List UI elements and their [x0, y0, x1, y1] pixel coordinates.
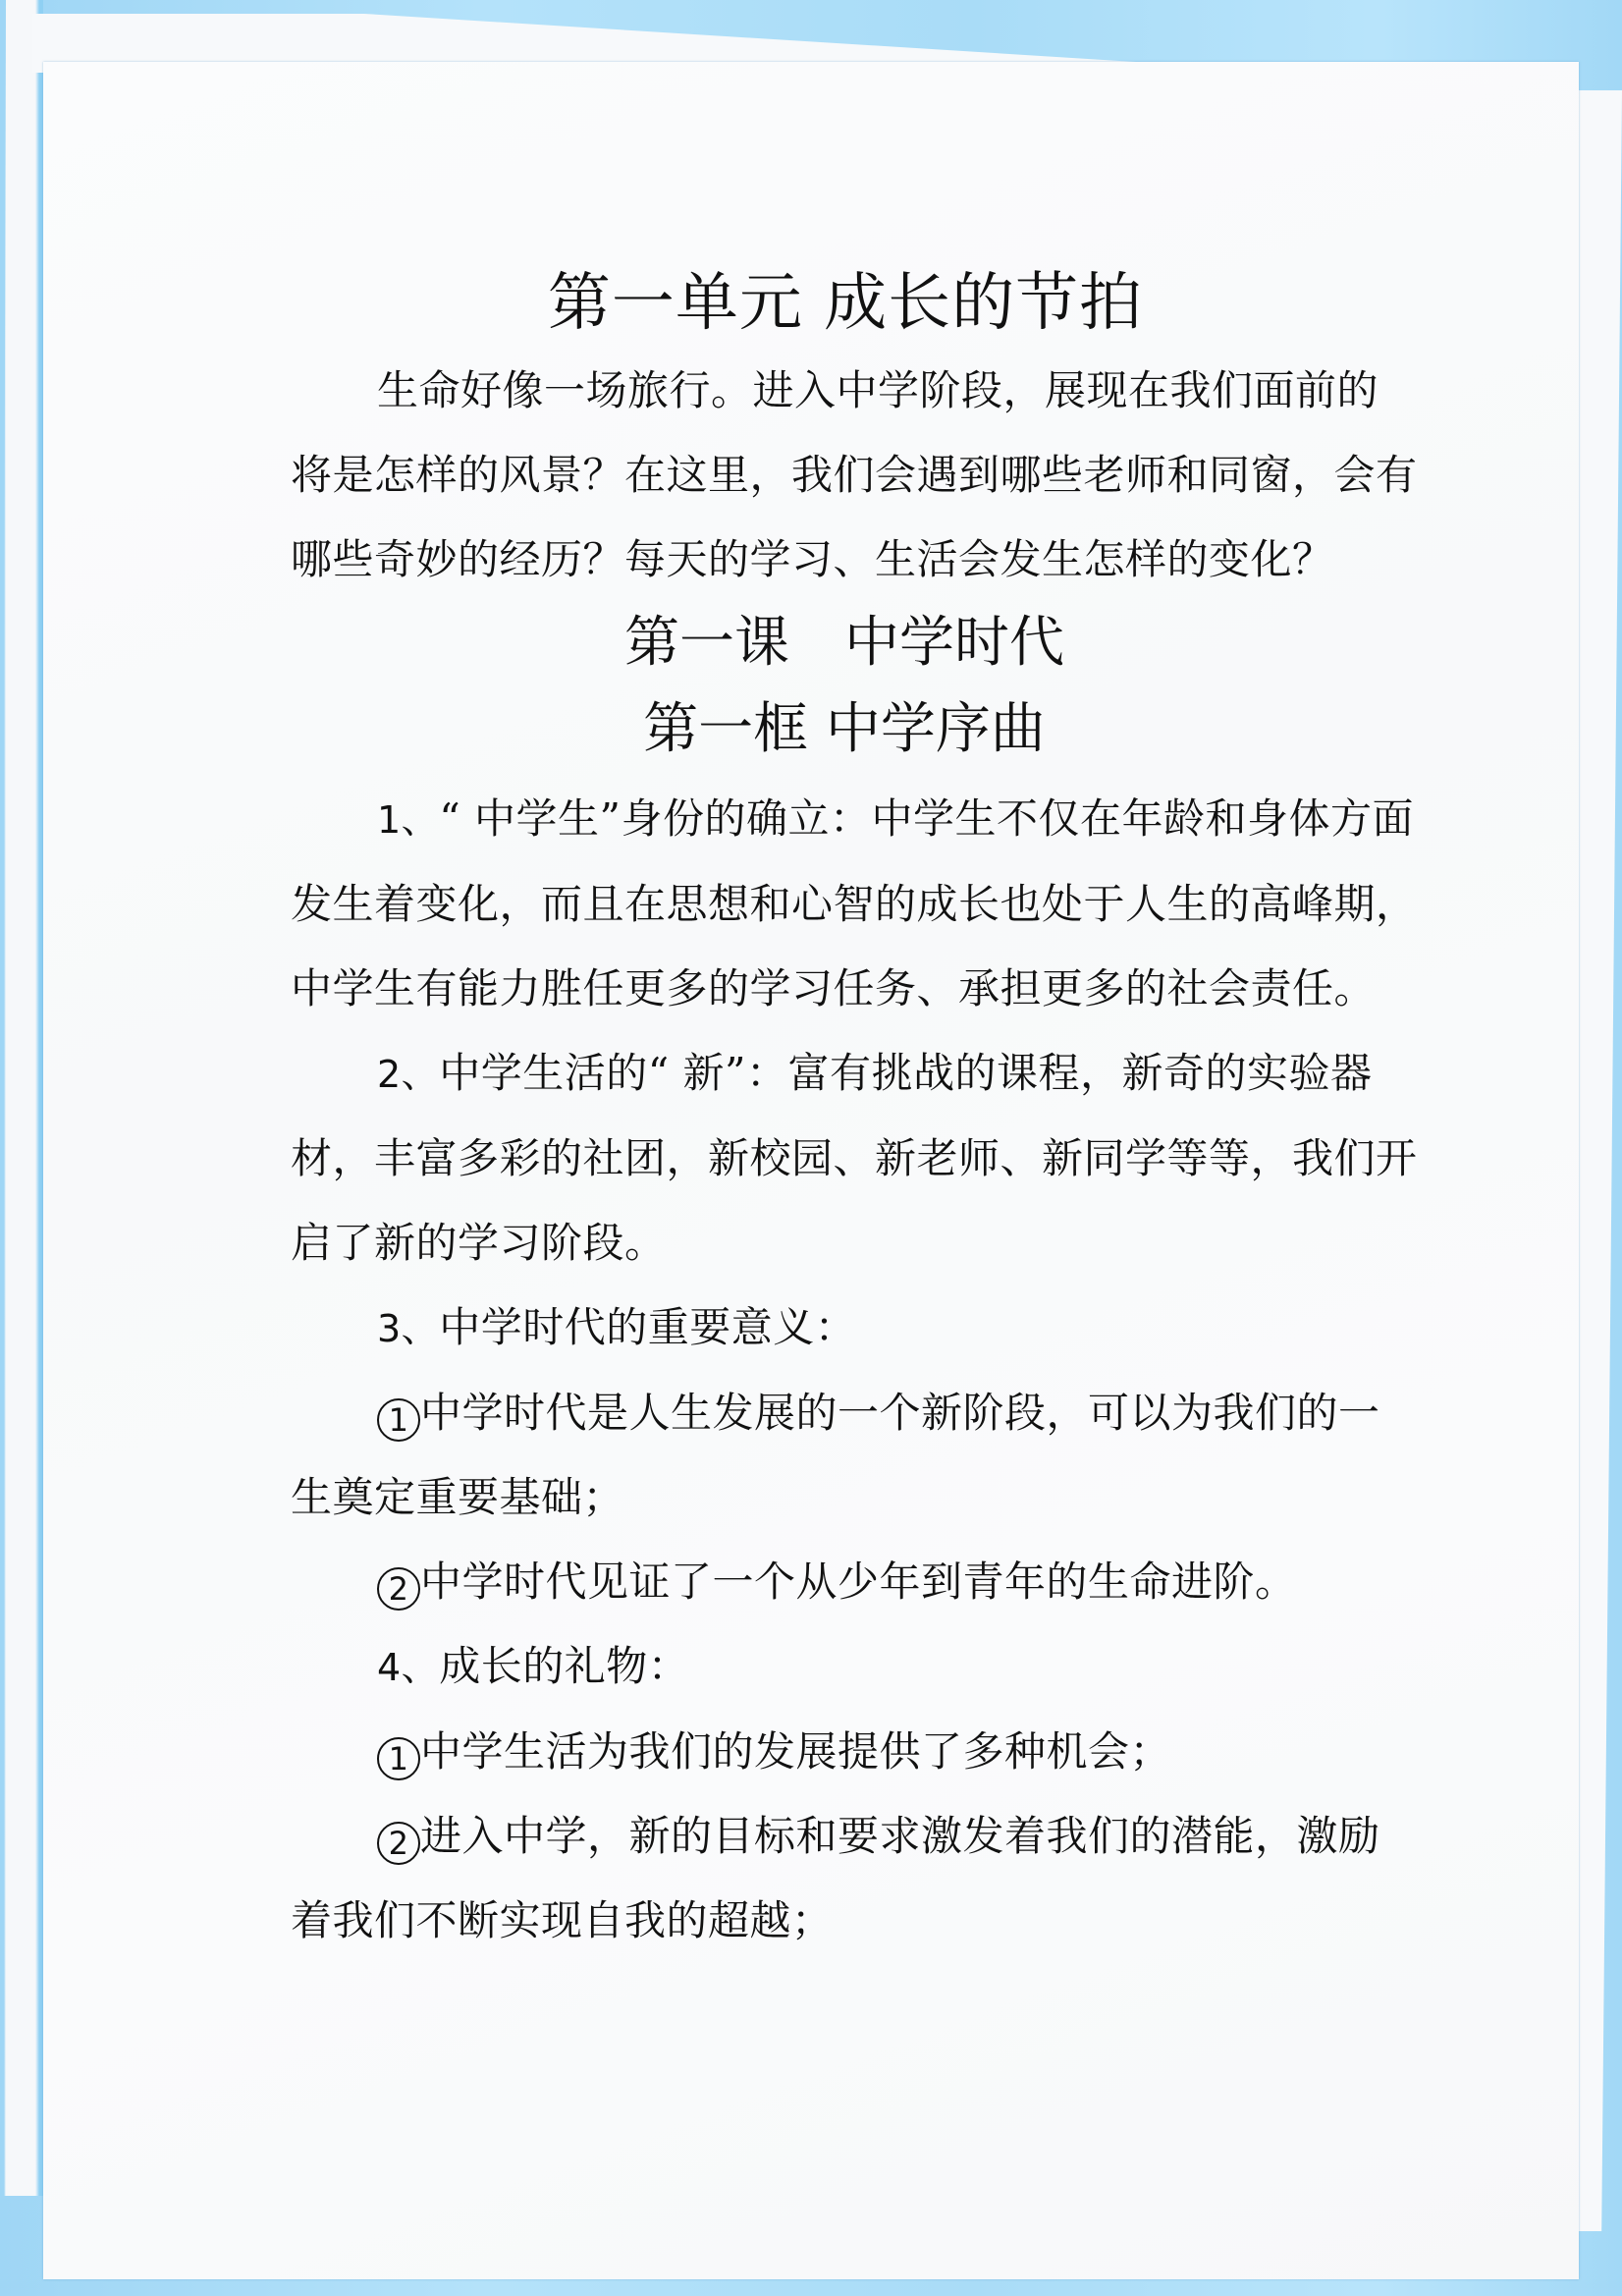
circled-number-2: 2	[377, 1822, 420, 1865]
item-text: 中学生活为我们的发展提供了多种机会；	[420, 1727, 1171, 1776]
point-number: 1、	[377, 798, 439, 842]
back-paper-sheet-left	[0, 0, 43, 2196]
point-heading: 成长的礼物：	[439, 1642, 689, 1690]
point-heading: “ 中学生”身份的确立：	[439, 794, 871, 843]
point-number: 3、	[377, 1307, 439, 1350]
point-number: 2、	[377, 1053, 439, 1096]
point-3-item-2: 2中学时代见证了一个从少年到青年的生命进阶。	[291, 1540, 1420, 1624]
document-content: 第一单元 成长的节拍 生命好像一场旅行。进入中学阶段，展现在我们面前的将是怎样的…	[291, 258, 1420, 1963]
circled-number-1: 1	[377, 1737, 420, 1780]
point-heading: 中学时代的重要意义：	[439, 1303, 856, 1351]
intro-paragraph: 生命好像一场旅行。进入中学阶段，展现在我们面前的将是怎样的风景？在这里，我们会遇…	[291, 349, 1420, 602]
point-1: 1、“ 中学生”身份的确立：中学生不仅在年龄和身体方面发生着变化，而且在思想和心…	[291, 777, 1420, 1031]
point-heading: 中学生活的“ 新”：	[439, 1049, 787, 1097]
item-text: 中学时代见证了一个从少年到青年的生命进阶。	[420, 1558, 1297, 1606]
point-4-item-1: 1中学生活为我们的发展提供了多种机会；	[291, 1710, 1420, 1794]
point-4-item-2: 2进入中学，新的目标和要求激发着我们的潜能，激励着我们不断实现自我的超越；	[291, 1794, 1420, 1963]
item-text: 进入中学，新的目标和要求激发着我们的潜能，激励着我们不断实现自我的超越；	[291, 1812, 1380, 1944]
point-number: 4、	[377, 1646, 439, 1689]
unit-title: 第一单元 成长的节拍	[271, 258, 1420, 349]
point-3: 3、中学时代的重要意义：	[291, 1285, 1420, 1371]
point-2: 2、中学生活的“ 新”：富有挑战的课程，新奇的实验器材，丰富多彩的社团，新校园、…	[291, 1031, 1420, 1285]
section-title: 第一框 中学序曲	[269, 686, 1420, 773]
circled-number-2: 2	[377, 1567, 420, 1611]
lesson-title: 第一课 中学时代	[269, 600, 1420, 686]
circled-number-1: 1	[377, 1398, 420, 1442]
item-text: 中学时代是人生发展的一个新阶段，可以为我们的一生奠定重要基础；	[291, 1389, 1380, 1521]
point-3-item-1: 1中学时代是人生发展的一个新阶段，可以为我们的一生奠定重要基础；	[291, 1371, 1420, 1540]
point-4: 4、成长的礼物：	[291, 1624, 1420, 1710]
document-page: 第一单元 成长的节拍 生命好像一场旅行。进入中学阶段，展现在我们面前的将是怎样的…	[43, 62, 1579, 2279]
